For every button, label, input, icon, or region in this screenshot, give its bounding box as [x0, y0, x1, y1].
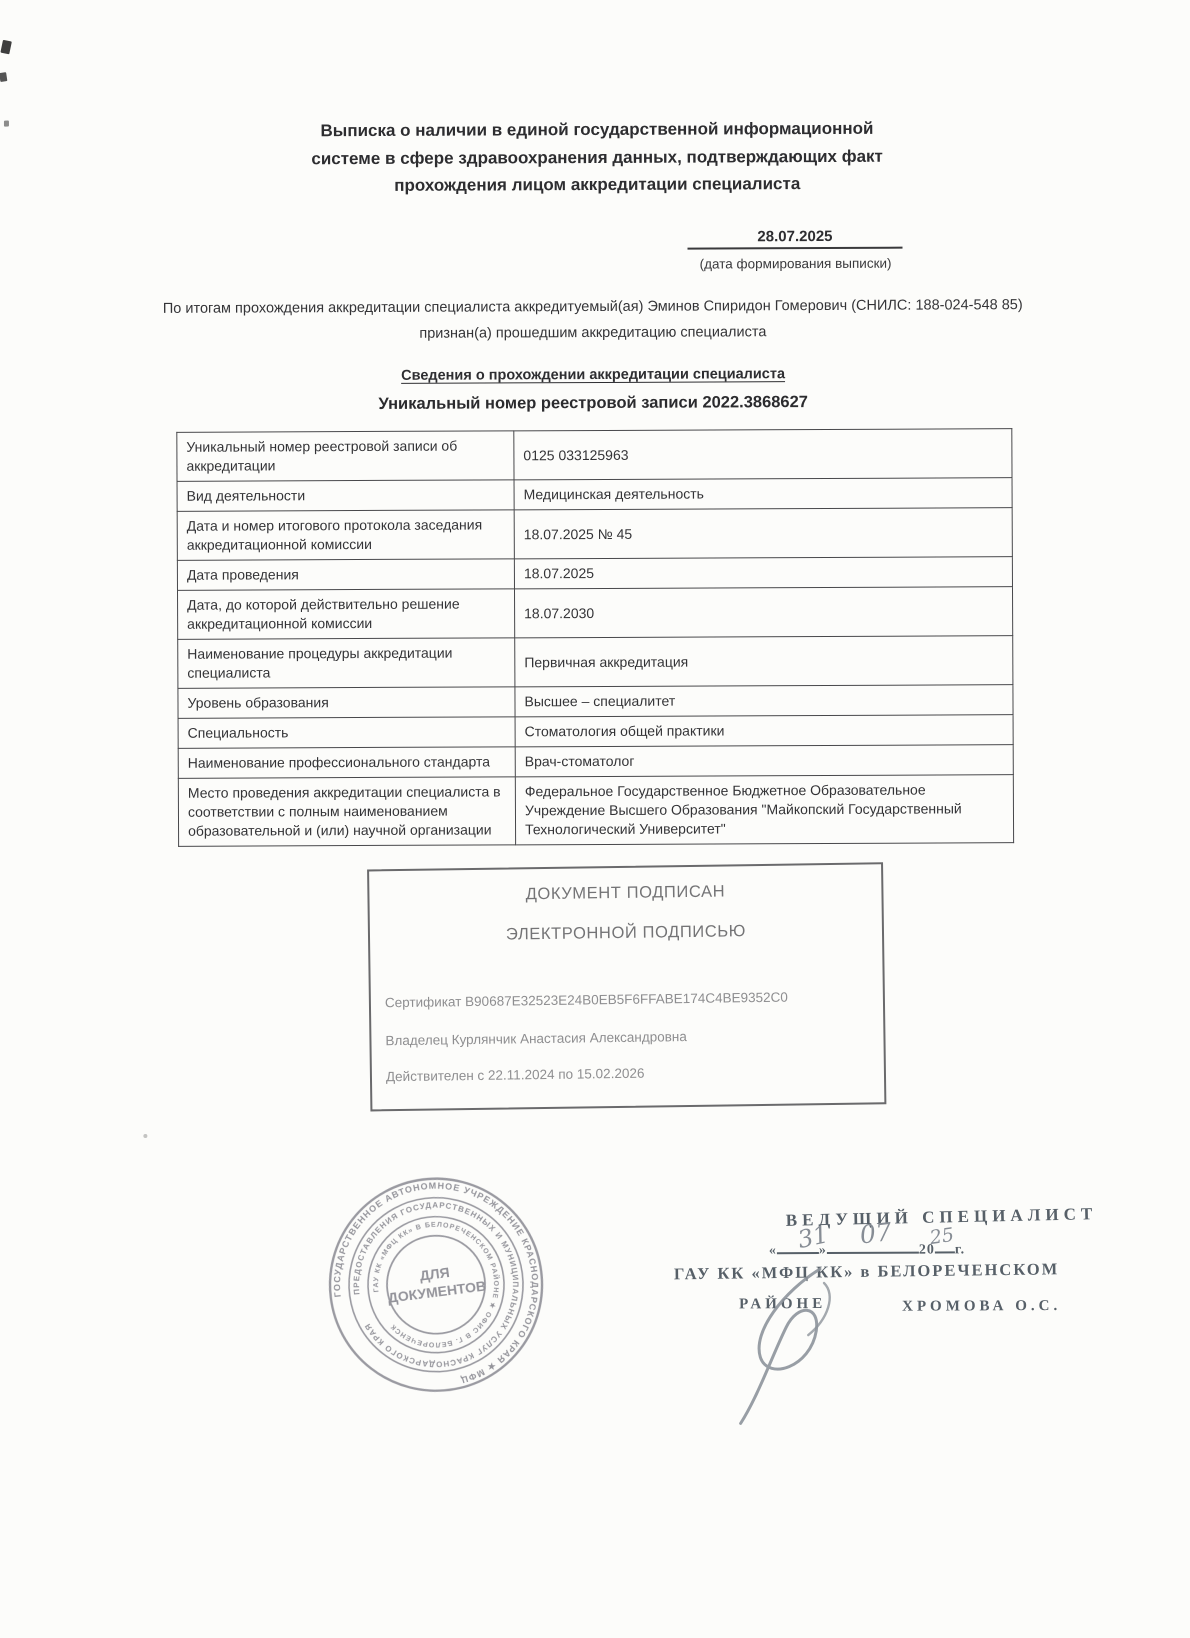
- esign-title-line1: ДОКУМЕНТ ПОДПИСАН: [369, 880, 881, 906]
- row-value: 18.07.2030: [514, 587, 1012, 638]
- table-row: Уровень образования Высшее – специалитет: [178, 685, 1013, 719]
- row-value: Федеральное Государственное Бюджетное Об…: [515, 775, 1013, 845]
- stamp-center-line2: ДОКУМЕНТОВ: [387, 1277, 487, 1305]
- row-label: Наименование процедуры аккредитации спец…: [178, 638, 515, 688]
- row-label: Вид деятельности: [177, 480, 514, 511]
- scan-speckle: [143, 1134, 147, 1138]
- row-label: Дата, до которой действительно решение а…: [177, 589, 514, 639]
- row-label: Уровень образования: [178, 687, 515, 718]
- table-row: Дата проведения 18.07.2025: [177, 557, 1012, 591]
- row-label: Место проведения аккредитации специалист…: [178, 777, 515, 846]
- esign-owner: Владелец Курлянчик Анастасия Александров…: [385, 1027, 865, 1049]
- extract-date-label: (дата формирования выписки): [680, 256, 912, 272]
- row-label: Дата и номер итогового протокола заседан…: [177, 510, 514, 560]
- handwritten-month: 07: [858, 1217, 893, 1249]
- row-value: 18.07.2025: [514, 557, 1012, 589]
- row-value: Медицинская деятельность: [514, 478, 1012, 510]
- esign-validity: Действителен с 22.11.2024 по 15.02.2026: [386, 1063, 866, 1085]
- table-row: Дата и номер итогового протокола заседан…: [177, 508, 1012, 561]
- document-title: Выписка о наличии в единой государственн…: [7, 113, 1187, 201]
- table-row: Специальность Стоматология общей практик…: [178, 715, 1013, 749]
- stamp-quote-open: «: [769, 1243, 777, 1258]
- esign-certificate: Сертификат B90687E32523E24B0EB5F6FFABE17…: [385, 989, 865, 1011]
- table-row: Место проведения аккредитации специалист…: [178, 775, 1013, 847]
- row-value: 18.07.2025 № 45: [514, 508, 1012, 559]
- row-value: Врач-стоматолог: [515, 745, 1013, 777]
- table-row: Вид деятельности Медицинская деятельност…: [177, 478, 1012, 512]
- esign-title-line2: ЭЛЕКТРОННОЙ ПОДПИСЬЮ: [370, 920, 882, 946]
- row-label: Уникальный номер реестровой записи об ак…: [177, 431, 514, 481]
- round-stamp: ГОСУДАРСТВЕННОЕ АВТОНОМНОЕ УЧРЕЖДЕНИЕ КР…: [306, 1155, 565, 1414]
- scan-content: Выписка о наличии в единой государственн…: [0, 0, 1190, 1638]
- scanned-document-page: Выписка о наличии в единой государственн…: [0, 0, 1190, 1638]
- document-title-line3: прохождения лицом аккредитации специалис…: [7, 168, 1187, 201]
- table-row: Наименование профессионального стандарта…: [178, 745, 1013, 779]
- row-label: Специальность: [178, 717, 515, 748]
- handwritten-year: 25: [928, 1224, 955, 1249]
- row-value: Стоматология общей практики: [515, 715, 1013, 747]
- stamp-signer-name: ХРОМОВА О.С.: [902, 1298, 1061, 1316]
- row-label: Дата проведения: [177, 559, 514, 590]
- stamp-center-line1: ДЛЯ: [419, 1264, 451, 1284]
- intro-line1: По итогам прохождения аккредитации специ…: [93, 292, 1093, 322]
- table-row: Наименование процедуры аккредитации спец…: [178, 636, 1013, 689]
- table-row: Уникальный номер реестровой записи об ак…: [177, 429, 1012, 482]
- stamp-year-g: г.: [955, 1242, 965, 1257]
- scan-speckle: [0, 40, 11, 55]
- row-value: Высшее – специалитет: [515, 685, 1013, 717]
- accreditation-table: Уникальный номер реестровой записи об ак…: [176, 428, 1014, 847]
- row-value: Первичная аккредитация: [515, 636, 1013, 687]
- row-label: Наименование профессионального стандарта: [178, 747, 515, 778]
- handwritten-signature: [724, 1261, 885, 1432]
- extract-date: 28.07.2025: [687, 228, 902, 250]
- scan-speckle: [0, 72, 7, 82]
- row-value: 0125 033125963: [514, 429, 1012, 480]
- electronic-signature-box: ДОКУМЕНТ ПОДПИСАН ЭЛЕКТРОННОЙ ПОДПИСЬЮ С…: [367, 862, 886, 1111]
- intro-line2: признан(а) прошедшим аккредитацию специа…: [93, 318, 1093, 348]
- table-row: Дата, до которой действительно решение а…: [177, 587, 1012, 640]
- section-heading: Сведения о прохождении аккредитации спец…: [0, 364, 1188, 385]
- intro-paragraph: По итогам прохождения аккредитации специ…: [93, 292, 1093, 348]
- registry-number-heading: Уникальный номер реестровой записи 2022.…: [0, 391, 1188, 415]
- section-heading-text: Сведения о прохождении аккредитации спец…: [401, 366, 785, 384]
